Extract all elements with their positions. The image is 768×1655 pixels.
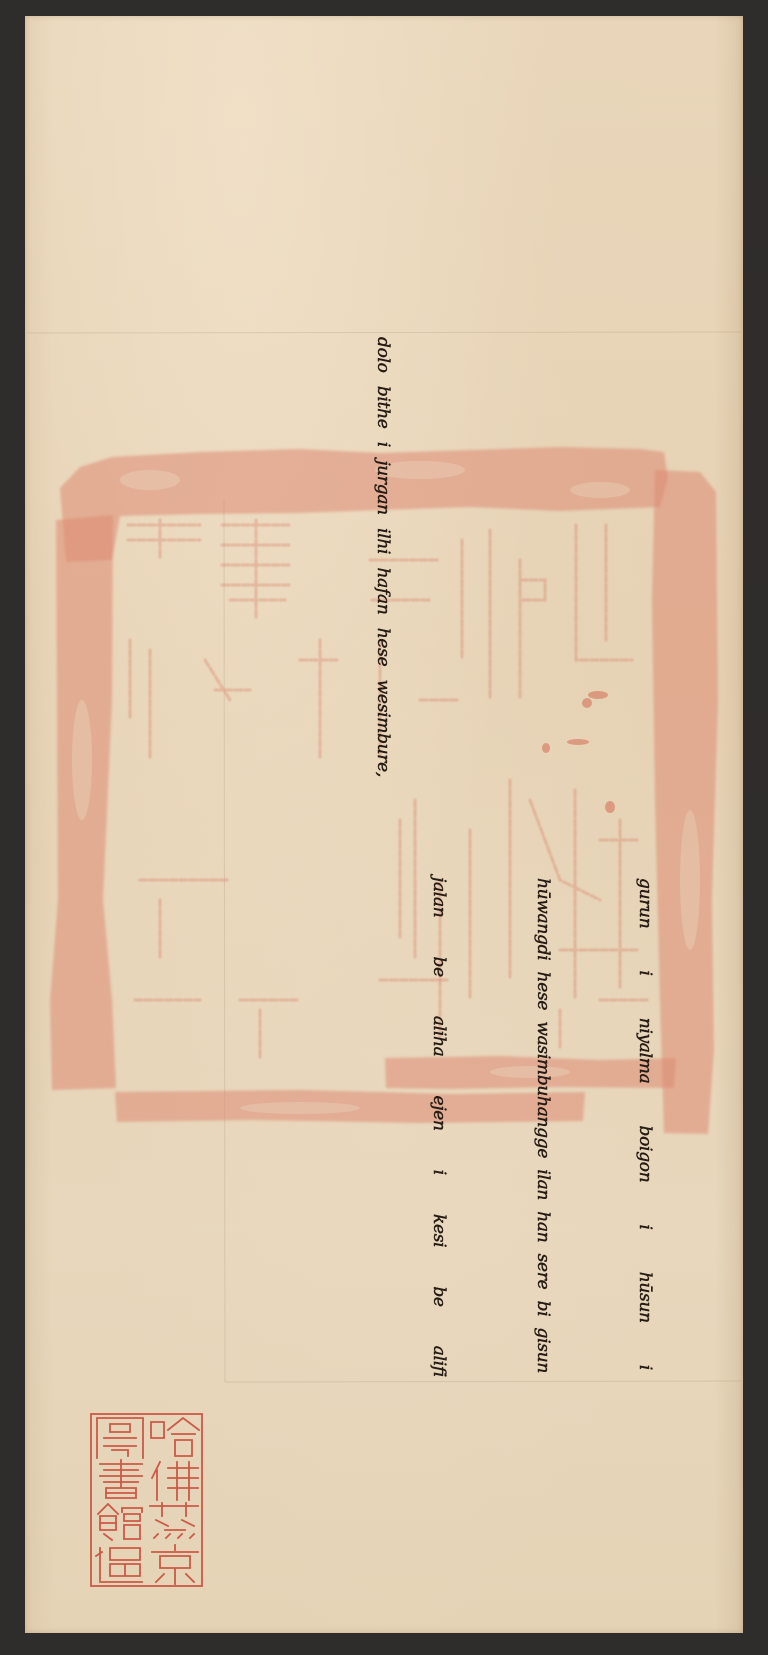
manchu-text-column-2: jalan be aliha ejen i kesi be alifi <box>424 877 454 1377</box>
manchu-text-column-4: gurun i niyalma boigon i hūsun i <box>630 878 660 1370</box>
manchu-text-column-1: dolo bithe i jurgan ilhi hafan hese wesi… <box>368 337 398 777</box>
manchu-text-column-3: hūwangdi hese wasimbuhangge ilan han ser… <box>528 878 558 1373</box>
document-paper <box>25 16 743 1633</box>
